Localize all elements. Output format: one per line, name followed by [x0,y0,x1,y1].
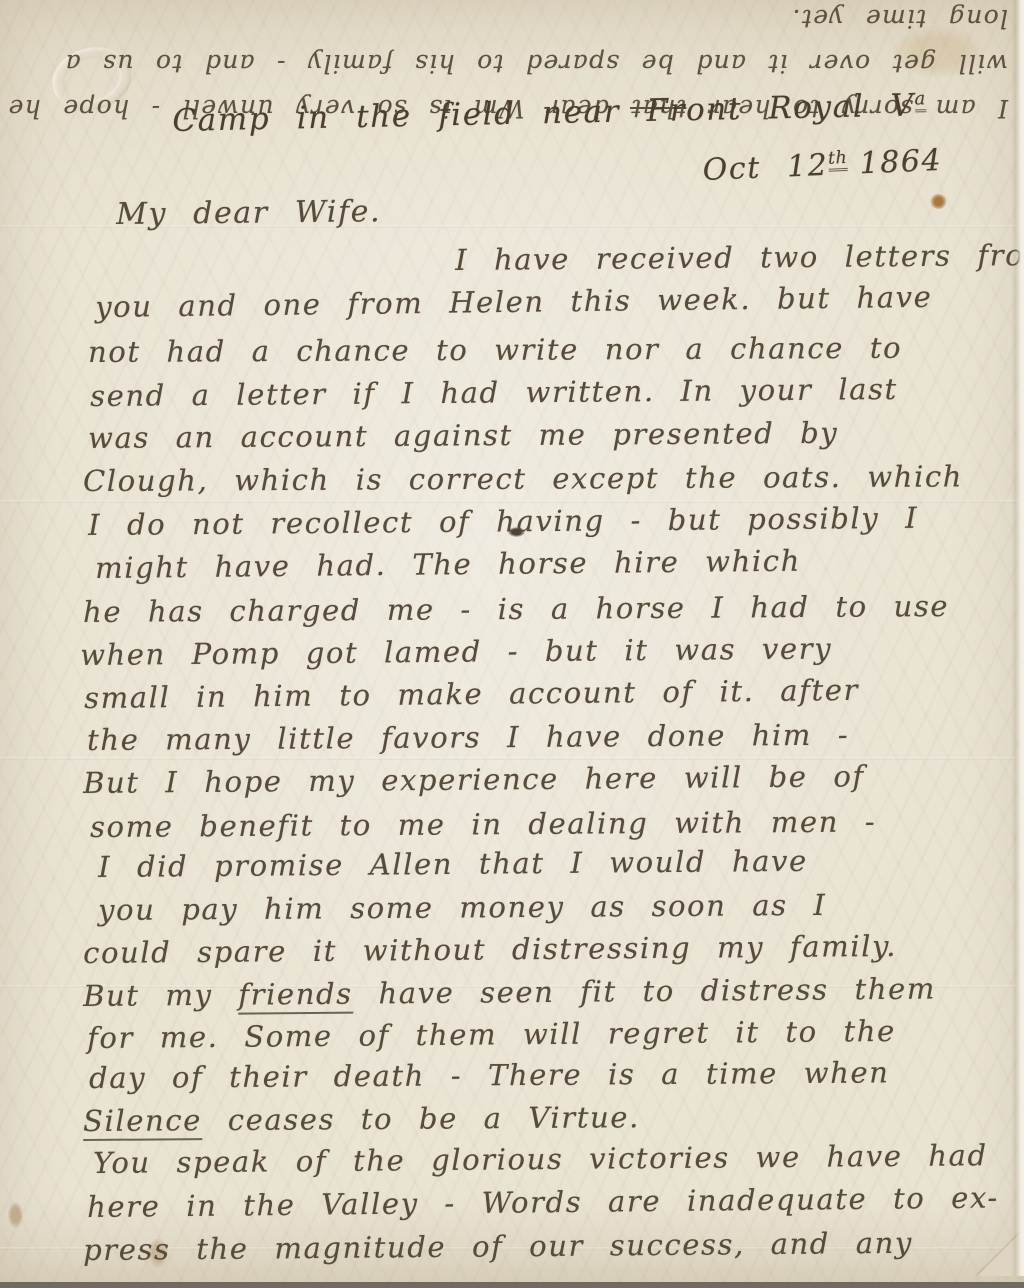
letter-line: I did promise Allen that I would have [98,845,808,885]
letter-line: you and one from Helen this week. but ha… [95,281,933,325]
letter-line: small in him to make account of it. afte… [84,674,859,715]
underlined-word: friends [238,977,353,1015]
date-text: Oct 12 [702,148,829,188]
letter-line: some benefit to me in dealing with men - [90,806,876,845]
letter-line: you pay him some money as soon as I [98,889,827,927]
line-text: ceases to be a Virtue. [202,1100,640,1137]
letter-line: send a letter if I had written. In your … [90,373,898,413]
letter-line: You speak of the glorious victories we h… [93,1139,988,1180]
scan-background-strip [0,1282,1024,1288]
letter-line: when Pomp got lamed - but it was very [80,632,832,672]
letter-line: was an account against me presented by [88,417,838,456]
letter-line: day of their death - There is a time whe… [89,1056,890,1095]
salutation: My dear Wife. [116,195,381,232]
letter-line: I do not recollect of having - but possi… [88,502,918,543]
letter-line: I have received two letters from [455,239,1024,278]
line-text: have seen fit to distress them [353,972,937,1011]
underlined-word: Silence [83,1103,202,1141]
letter-line: here in the Valley - Words are inadequat… [87,1181,999,1224]
letter-line: press the magnitude of our success, and … [83,1227,913,1268]
inverted-note-line: will get over it and be spared to his fa… [26,41,1008,86]
letter-line: could spare it without distressing my fa… [83,930,897,970]
letter-line: for me. Some of them will regret it to t… [87,1015,896,1055]
fold-crease [0,757,1024,760]
letter-line: the many little favors I have done him - [87,719,849,758]
paper-stain [8,1202,23,1228]
letter-line: he has charged me - is a horse I had to … [83,590,949,629]
letter-line: not had a chance to write nor a chance t… [88,332,902,370]
letter-line: Silence ceases to be a Virtue. [83,1101,640,1138]
paper-right-edge [1011,0,1024,1276]
inverted-note-line: long time yet. [26,0,1008,41]
line-text: But my [83,978,238,1013]
letter-page: I am sorry to hear that dear Wm is so ve… [0,0,1024,1282]
letter-line: might have had. The horse hire which [95,545,801,586]
letter-line: Clough, which is correct except the oats… [83,460,963,498]
letter-line: But I hope my experience here will be of [83,760,865,800]
date-year: 1864 [859,143,943,181]
date-superscript: th [828,148,848,172]
letter-heading-date: Oct 12th1864 [702,144,943,189]
ink-stain [930,194,947,209]
place-superscript: a [914,88,926,112]
letter-line: But my friends have seen fit to distress… [83,973,936,1014]
